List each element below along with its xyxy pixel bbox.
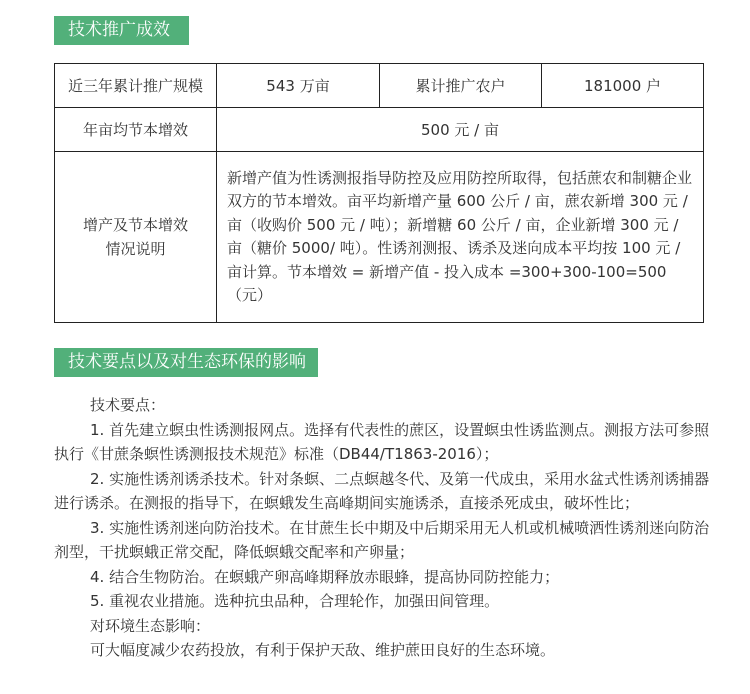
- paragraph-technical-points-heading: 技术要点：: [54, 393, 714, 418]
- value-farmer-count: 181000 户: [542, 64, 704, 108]
- label-benefit-explanation: 增产及节本增效 情况说明: [55, 152, 217, 323]
- paragraph-eco-impact: 可大幅度减少农药投放，有利于保护天敌、维护蔗田良好的生态环境。: [54, 638, 714, 663]
- table-row: 年亩均节本增效 500 元 / 亩: [55, 108, 704, 152]
- paragraph-eco-impact-heading: 对环境生态影响：: [54, 614, 714, 639]
- technical-points-body: 技术要点： 1. 首先建立螟虫性诱测报网点。选择有代表性的蔗区，设置螟虫性诱监测…: [54, 393, 714, 663]
- value-annual-benefit: 500 元 / 亩: [217, 108, 704, 152]
- label-benefit-explanation-line1: 增产及节本增效: [55, 213, 216, 237]
- label-annual-benefit: 年亩均节本增效: [55, 108, 217, 152]
- table-row: 近三年累计推广规模 543 万亩 累计推广农户 181000 户: [55, 64, 704, 108]
- label-promotion-scale: 近三年累计推广规模: [55, 64, 217, 108]
- section-header-technical-points: 技术要点以及对生态环保的影响: [54, 348, 318, 377]
- value-promotion-scale: 543 万亩: [217, 64, 380, 108]
- paragraph-point-1: 1. 首先建立螟虫性诱测报网点。选择有代表性的蔗区，设置螟虫性诱监测点。测报方法…: [54, 418, 714, 467]
- section-header-promotion-results: 技术推广成效: [54, 16, 189, 45]
- paragraph-point-4: 4. 结合生物防治。在螟蛾产卵高峰期释放赤眼蜂，提高协同防控能力；: [54, 565, 714, 590]
- paragraph-point-2: 2. 实施性诱剂诱杀技术。针对条螟、二点螟越冬代、及第一代成虫，采用水盆式性诱剂…: [54, 467, 714, 516]
- label-benefit-explanation-line2: 情况说明: [55, 237, 216, 261]
- value-benefit-explanation: 新增产值为性诱测报指导防控及应用防控所取得，包括蔗农和制糖企业双方的节本增效。亩…: [217, 152, 704, 323]
- label-farmer-count: 累计推广农户: [380, 64, 542, 108]
- table-row: 增产及节本增效 情况说明 新增产值为性诱测报指导防控及应用防控所取得，包括蔗农和…: [55, 152, 704, 323]
- paragraph-point-5: 5. 重视农业措施。选种抗虫品种，合理轮作，加强田间管理。: [54, 589, 714, 614]
- promotion-results-table: 近三年累计推广规模 543 万亩 累计推广农户 181000 户 年亩均节本增效…: [54, 63, 704, 323]
- paragraph-point-3: 3. 实施性诱剂迷向防治技术。在甘蔗生长中期及中后期采用无人机或机械喷洒性诱剂迷…: [54, 516, 714, 565]
